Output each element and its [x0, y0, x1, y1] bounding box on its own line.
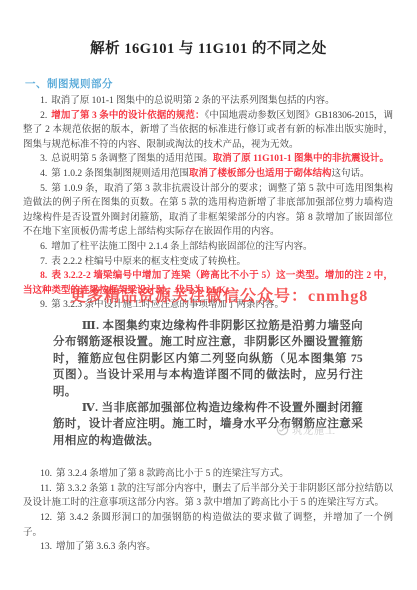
list-item-text: 取消了原 11G101-1 图集中的非抗震设计。 [213, 154, 389, 164]
list-item-number: 5. [40, 184, 47, 194]
list-item-text: 第 3.2.3 条中设计施工时应注意的事项增加了两条内容。 [51, 300, 284, 310]
list-item-number: 8. [40, 271, 47, 281]
list-item-number: 11. [40, 484, 52, 494]
list-item-text: 这句话。 [332, 169, 370, 179]
list-item-number: 4. [40, 169, 47, 179]
list-item-text: 取消了楼板部分也适用于砌体结构 [189, 169, 332, 179]
list-item-number: 2. [40, 111, 47, 121]
list-item-text: 取消了原 101-1 图集中的总说明第 2 条的平法系列图集包括的内容。 [51, 96, 334, 106]
list-item-text: 第 3.4.2 条圆形洞口的加强钢筋的构造做法的要求做了调整，并增加了一个例子。 [23, 513, 393, 538]
list-item-number: 12. [40, 513, 52, 523]
atlas-excerpt-block: Ⅲ. 本图集约束边缘构件非阴影区拉筋是沿剪力墙竖向分布钢筋逐根设置。施工时应注意… [53, 318, 363, 449]
excerpt-paragraph: Ⅲ. 本图集约束边缘构件非阴影区拉筋是沿剪力墙竖向分布钢筋逐根设置。施工时应注意… [53, 318, 363, 400]
list-item: 12.第 3.4.2 条圆形洞口的加强钢筋的构造做法的要求做了调整，并增加了一个… [23, 511, 393, 540]
document-body: 1.取消了原 101-1 图集中的总说明第 2 条的平法系列图集包括的内容。2.… [0, 94, 417, 555]
list-item-number: 13. [40, 542, 52, 552]
list-item: 3.总说明第 5 条调整了图集的适用范围。取消了原 11G101-1 图集中的非… [23, 152, 393, 167]
list-item: 6.增加了柱平法施工图中 2.1.4 条上部结构嵌固部位的注写内容。 [23, 240, 393, 255]
excerpt-paragraph: Ⅳ. 当非底部加强部位构造边缘构件不设置外圈封闭箍筋时，设计者应注明。施工时，墙… [53, 400, 363, 449]
document-page: 解析 16G101 与 11G101 的不同之处 一、制图规则部分 1.取消了原… [0, 0, 417, 590]
list-item: 11.第 3.3.2 条第 1 款的注写部分内容中，删去了后半部分关于非阴影区部… [23, 482, 393, 511]
list-item-text: 表 3.2.2-2 墙梁编号中增加了连梁（跨高比不小于 5）这一类型。增加的注 … [23, 271, 393, 296]
list-item-text: 增加了柱平法施工图中 2.1.4 条上部结构嵌固部位的注写内容。 [51, 242, 312, 252]
page-title: 解析 16G101 与 11G101 的不同之处 [0, 0, 417, 58]
list-item: 4.第 1.0.2 条图集制图规则适用范围取消了楼板部分也适用于砌体结构这句话。 [23, 167, 393, 182]
list-item-text: 第 3.3.2 条第 1 款的注写部分内容中，删去了后半部分关于非阴影区部分拉结… [23, 484, 393, 509]
list-item-number: 7. [40, 257, 47, 267]
list-item-text: 增加了第 3 条中的设计依据的规范： [51, 111, 204, 121]
list-item: 1.取消了原 101-1 图集中的总说明第 2 条的平法系列图集包括的内容。 [23, 94, 393, 109]
list-item: 8.表 3.2.2-2 墙梁编号中增加了连梁（跨高比不小于 5）这一类型。增加的… [23, 269, 393, 298]
list-item-text: 第 1.0.2 条图集制图规则适用范围 [51, 169, 189, 179]
list-item-number: 9. [40, 300, 47, 310]
list-item: 2.增加了第 3 条中的设计依据的规范：《中国地震动参数区划图》GB18306-… [23, 109, 393, 153]
list-item-number: 6. [40, 242, 47, 252]
numbered-list-top: 1.取消了原 101-1 图集中的总说明第 2 条的平法系列图集包括的内容。2.… [23, 94, 393, 313]
numbered-list-bottom: 10.第 3.2.4 条增加了第 8 款跨高比小于 5 的连梁注写方式。11.第… [23, 467, 393, 555]
list-item: 7.表 2.2.2 柱编号中原来的框支柱变成了转换柱。 [23, 255, 393, 270]
list-item-text: 第 1.0.9 条，取消了第 3 款非抗震设计部分的要求；调整了第 5 款中可选… [23, 184, 393, 238]
list-item-text: 第 3.2.4 条增加了第 8 款跨高比小于 5 的连梁注写方式。 [56, 469, 289, 479]
list-item-text: 增加了第 3.6.3 条内容。 [56, 542, 156, 552]
list-item: 13.增加了第 3.6.3 条内容。 [23, 540, 393, 555]
list-item-number: 1. [40, 96, 47, 106]
list-item: 10.第 3.2.4 条增加了第 8 款跨高比小于 5 的连梁注写方式。 [23, 467, 393, 482]
list-item-text: 表 2.2.2 柱编号中原来的框支柱变成了转换柱。 [51, 257, 246, 267]
list-item-number: 10. [40, 469, 52, 479]
list-item: 9.第 3.2.3 条中设计施工时应注意的事项增加了两条内容。 [23, 298, 393, 313]
list-item-text: 总说明第 5 条调整了图集的适用范围。 [51, 154, 213, 164]
section-heading: 一、制图规则部分 [25, 76, 417, 91]
list-item: 5.第 1.0.9 条，取消了第 3 款非抗震设计部分的要求；调整了第 5 款中… [23, 182, 393, 240]
list-item-number: 3. [40, 154, 47, 164]
